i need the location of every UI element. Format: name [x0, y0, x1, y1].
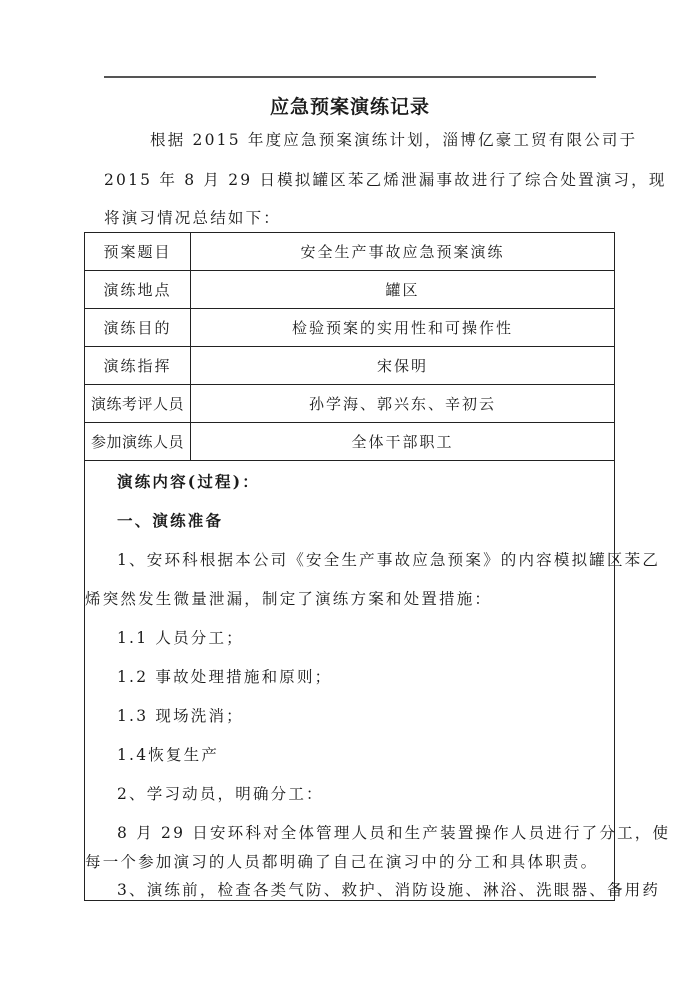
row-label: 演练地点 [85, 271, 191, 309]
row-label: 演练目的 [85, 309, 191, 347]
intro-line-2: 2015 年 8 月 29 日模拟罐区苯乙烯泄漏事故进行了综合处置演习，现 [104, 168, 604, 190]
table-row: 演练指挥 宋保明 [85, 347, 615, 385]
row-value: 罐区 [191, 271, 615, 309]
row-value: 全体干部职工 [191, 423, 615, 461]
section-heading: 一、演练准备 [117, 509, 223, 531]
drill-info-table: 预案题目 安全生产事故应急预案演练 演练地点 罐区 演练目的 检验预案的实用性和… [84, 232, 615, 461]
row-label: 演练指挥 [85, 347, 191, 385]
content-heading: 演练内容(过程)： [117, 470, 260, 492]
sub-item-1-1: 1.1 人员分工； [117, 626, 244, 648]
table-row: 参加演练人员 全体干部职工 [85, 423, 615, 461]
drill-content-box: 演练内容(过程)： 一、演练准备 1、安环科根据本公司《安全生产事故应急预案》的… [84, 458, 615, 901]
intro-line-1: 根据 2015 年度应急预案演练计划，淄博亿豪工贸有限公司于 [150, 128, 650, 150]
item-2-line-2: 每一个参加演习的人员都明确了自己在演习中的分工和具体职责。 [85, 850, 598, 872]
header-rule [104, 76, 596, 78]
document-title: 应急预案演练记录 [0, 92, 700, 119]
row-value: 宋保明 [191, 347, 615, 385]
item-1-line-1: 1、安环科根据本公司《安全生产事故应急预案》的内容模拟罐区苯乙 [117, 548, 660, 570]
intro-line-3: 将演习情况总结如下： [104, 206, 604, 228]
table-row: 预案题目 安全生产事故应急预案演练 [85, 233, 615, 271]
item-3-line-1: 3、演练前，检查各类气防、救护、消防设施、淋浴、洗眼器、备用药 [117, 878, 660, 900]
item-1-line-2: 烯突然发生微量泄漏，制定了演练方案和处置措施： [85, 587, 492, 609]
item-2: 2、学习动员，明确分工： [117, 782, 324, 804]
row-value: 孙学海、郭兴东、辛初云 [191, 385, 615, 423]
row-label: 参加演练人员 [85, 423, 191, 461]
row-label: 演练考评人员 [85, 385, 191, 423]
table-row: 演练地点 罐区 [85, 271, 615, 309]
item-2-line-1: 8 月 29 日安环科对全体管理人员和生产装置操作人员进行了分工，使 [117, 821, 670, 843]
sub-item-1-2: 1.2 事故处理措施和原则； [117, 665, 332, 687]
row-value: 检验预案的实用性和可操作性 [191, 309, 615, 347]
row-label: 预案题目 [85, 233, 191, 271]
table-row: 演练考评人员 孙学海、郭兴东、辛初云 [85, 385, 615, 423]
row-value: 安全生产事故应急预案演练 [191, 233, 615, 271]
sub-item-1-4: 1.4恢复生产 [117, 743, 219, 765]
sub-item-1-3: 1.3 现场洗消； [117, 704, 244, 726]
table-row: 演练目的 检验预案的实用性和可操作性 [85, 309, 615, 347]
